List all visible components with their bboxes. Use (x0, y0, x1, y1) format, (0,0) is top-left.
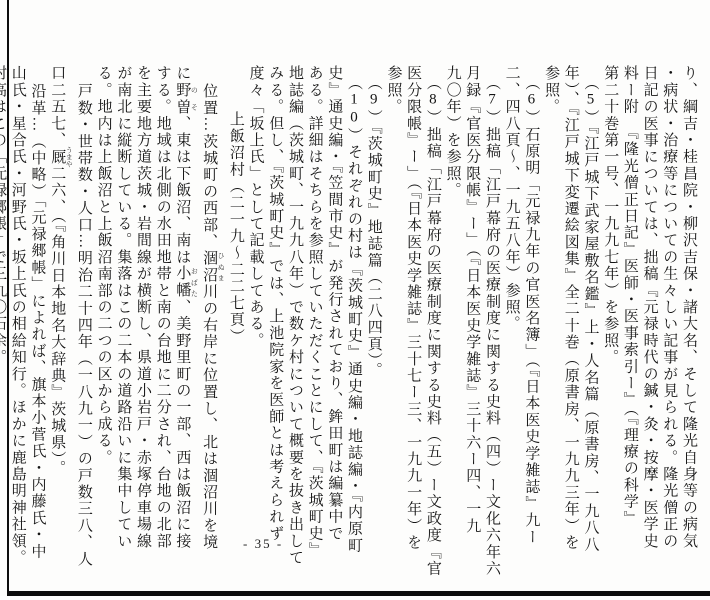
vertical-text-block: り、綱吉・桂昌院・柳沢吉保・諸大名、そして隆光自身等の病気 ・病状・治療等につい… (0, 65, 698, 545)
text-column: に野曽のそ、東は下飯沼、南は小幡おばた、美野里町の一部、西は飯沼に接 (172, 65, 199, 545)
page-number: - 35 - (243, 536, 283, 552)
text-column: 二、四八頁〜、一九五八年）参照。 (501, 65, 521, 545)
text-column: 医分限帳』ー」（『日本医史学雑誌』三十七ー三、一九九一年）を (402, 65, 422, 545)
text-column: 九〇年）を参照。 (442, 65, 462, 545)
text-column: り、綱吉・桂昌院・柳沢吉保・諸大名、そして隆光自身等の病気 (678, 65, 698, 545)
village-heading-column: 上飯沼村（二一九〜二二七頁） (225, 65, 245, 545)
text-column: 沿革…（中略）「元禄郷帳」によれば、旗本小菅氏・内藤氏・中 (27, 65, 47, 545)
note-6-column: （6）石原明「元禄九年の官医名簿」（『日本医史学雑誌』九ー (521, 65, 541, 545)
text-column: 村高はこの「元禄郷帳」で三九〇石余。 (0, 65, 7, 545)
text-column: 参照。 (540, 65, 560, 545)
text-column: を主要地方道茨城・岩間線が横断し、県道小岩戸・赤塚停車場線 (132, 65, 152, 545)
note-8-column: （8）拙稿「江戸幕府の医療制度に関する史料（五）ー文政度『官 (422, 65, 442, 545)
text-column: が南北に縦断している。集落はこの二本の道路沿いに集中してい (113, 65, 133, 545)
text-column: る。地内は上飯沼と上飯沼南部の二つの区から成る。 (93, 65, 113, 545)
text-column: 料ー附 『隆光僧正日記』医師・医事索引ー』（『理療の科学』 (619, 65, 639, 545)
scan-margin-bottom (0, 596, 710, 600)
note-5-column: （5）『江戸城下武家屋敷名鑑』上・人名篇（原書房、一九八八 (580, 65, 600, 545)
scanned-book-page: り、綱吉・桂昌院・柳沢吉保・諸大名、そして隆光自身等の病気 ・病状・治療等につい… (0, 0, 710, 600)
text-column: 位置…茨城町の西部、涸沼ひぬま川の右岸に位置し、北は涸沼川を境 (198, 65, 225, 545)
text-column: 口二五七、厩うまや二六、（『角川日本地名大辞典』茨城県）。 (47, 65, 74, 545)
text-column: みる。但し、『茨城町史』では、上池院家を医師とは考えられず (265, 65, 285, 545)
note-7-column: （7）拙稿「江戸幕府の医療制度に関する史料（四）ー文化六年六 (481, 65, 501, 545)
text-column: 度々「坂上氏」として記載してある。 (245, 65, 265, 545)
text-column: 史』通史編・『笠間市史』が発行されており、鉾田町は編纂中で (324, 65, 344, 545)
text-column: 戸数・世帯数・人口…明治二十四年（一八九一）の戸数三八、人 (73, 65, 93, 545)
text-column: 第二十巻第一号、一九九七年）を参照。 (599, 65, 619, 545)
text-column: ある。詳細はそちらを参照していただくことにして、『茨城町史』 (304, 65, 324, 545)
text-column: する。地域は北側の水田地帯と南の台地に二分され、台地の北部 (152, 65, 172, 545)
text-column: 年）、『江戸城下変遷絵図集』全二十巻（原書房、一九九三年）を (560, 65, 580, 545)
text-column: 参照。 (383, 65, 403, 545)
text-column: 山氏・星合氏・河野氏・坂上氏の相給知行。ほかに鹿島明神社領。 (7, 65, 27, 545)
note-9-column: （9）『茨城町史』地誌篇（二八四頁）。 (363, 65, 383, 545)
text-column: ・病状・治療等についての生々しい記事が見られる。隆光僧正の (659, 65, 679, 545)
text-column: 日記の医事については、拙稿『元禄時代の鍼・灸・按摩・医学史 (639, 65, 659, 545)
note-10-column: （10）それぞれの村は『茨城町史』通史編・地誌編・『内原町 (343, 65, 363, 545)
text-column: 月録『官医分限帳』ー」（『日本医史学雑誌』三十六ー四、一九 (462, 65, 482, 545)
text-column: 地誌編（茨城町、一九九八年）で数ケ村について概要を抜き出して (284, 65, 304, 545)
